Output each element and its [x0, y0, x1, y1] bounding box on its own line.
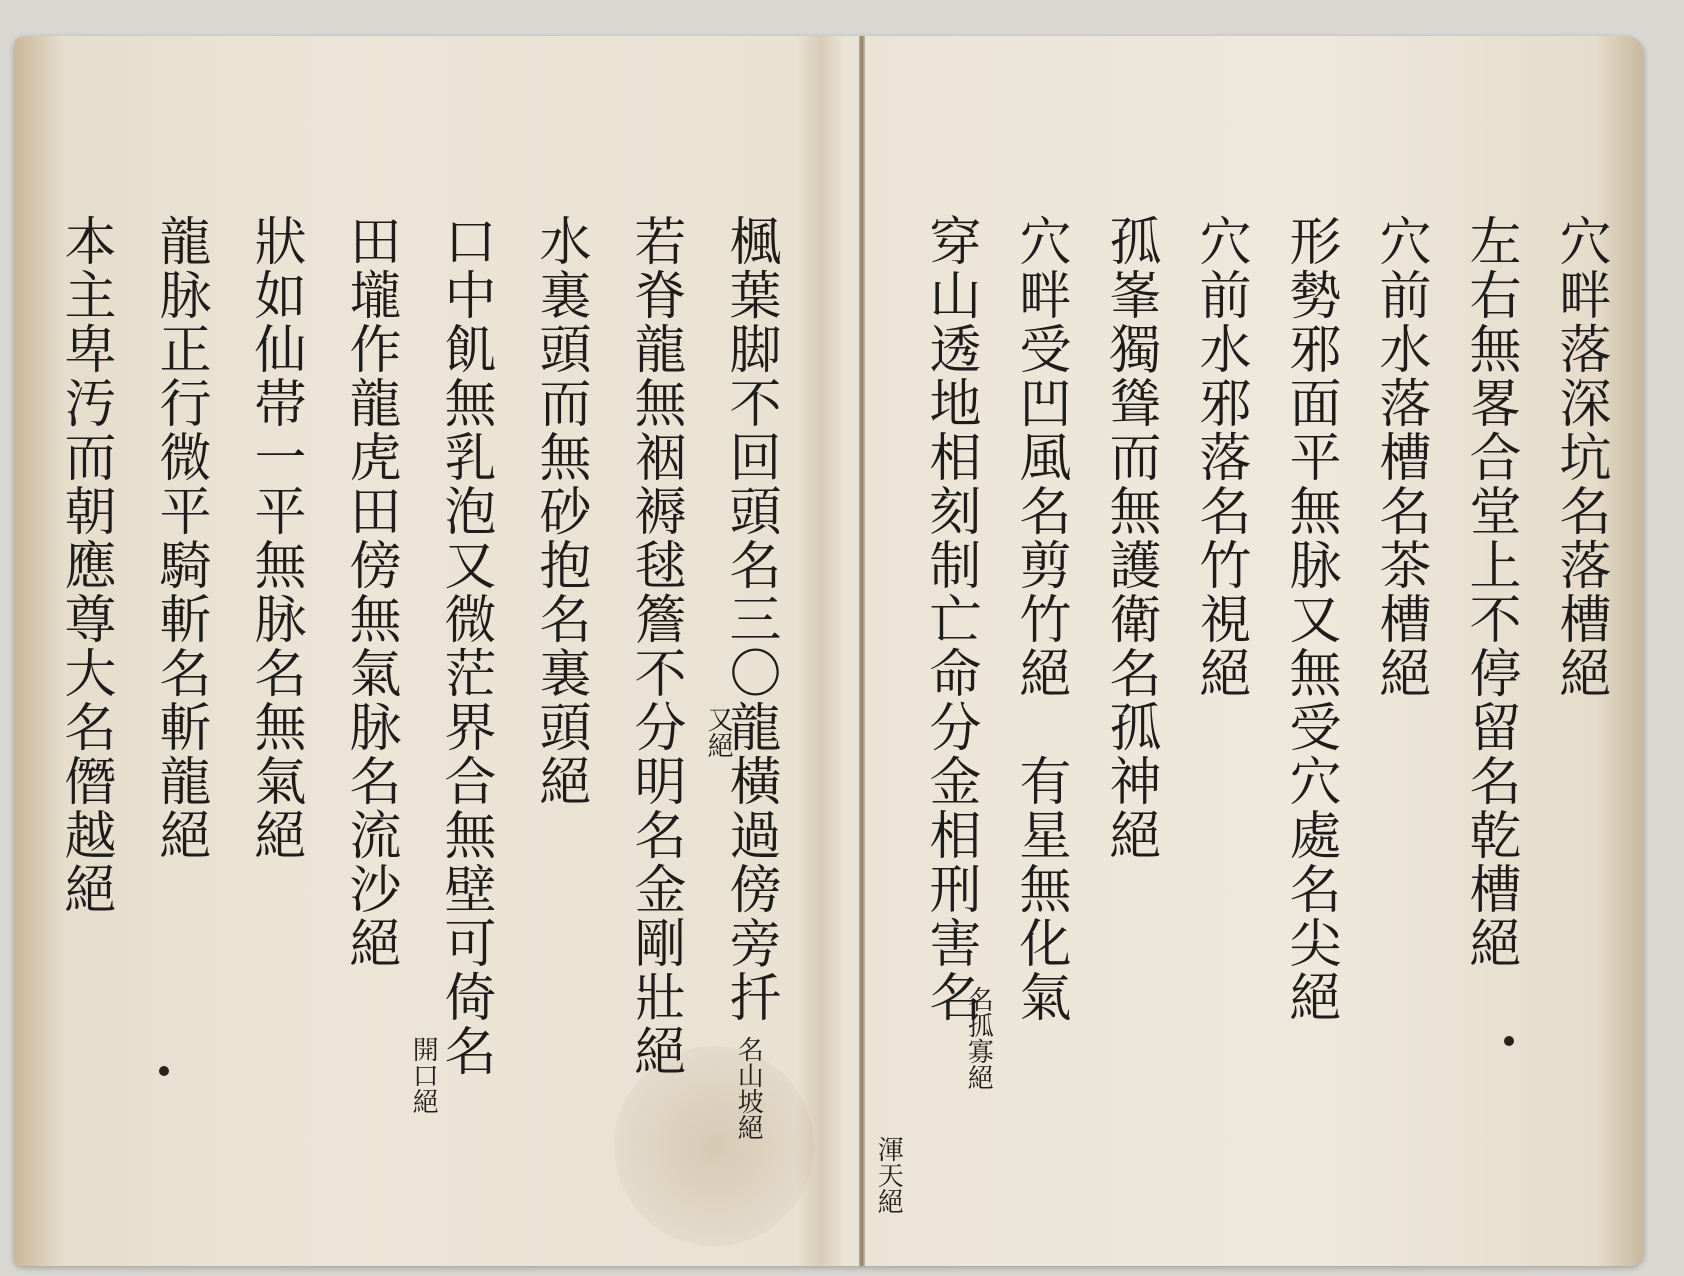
text-column: 左右無畧合堂上不停留名乾槽絕 [1464, 214, 1516, 970]
text-column: 穴畔落深坑名落槽絕 [1554, 214, 1606, 700]
right-page: 穴畔落深坑名落槽絕 左右無畧合堂上不停留名乾槽絕 穴前水落槽名茶槽絕 形勢邪面平… [864, 36, 1644, 1266]
text-column: 田壠作龍虎田傍無氣脉名流沙絕 [344, 214, 396, 970]
text-column: 若脊龍無裀褥毬簷不分明名金剛壯絕 [629, 214, 681, 1078]
text-column: 口中飢無乳泡又微茫界合無壁可倚名 [439, 214, 491, 1078]
text-column: 穿山透地相刻制亡命分金相刑害名 [924, 214, 976, 1024]
annotation: 渾天絕 [874, 1136, 901, 1214]
text-column: 形勢邪面平無脉又無受穴處名尖絕 [1284, 214, 1336, 1024]
annotation: 名山坡絕 [734, 1036, 761, 1140]
manuscript-book: 穴畔落深坑名落槽絕 左右無畧合堂上不停留名乾槽絕 穴前水落槽名茶槽絕 形勢邪面平… [14, 36, 1644, 1266]
annotation: 又絕 [704, 706, 731, 758]
text-column: 本主卑汚而朝應尊大名僭越絕 [59, 214, 111, 916]
text-column: 穴前水邪落名竹視絕 [1194, 214, 1246, 700]
binding-hole [1504, 1036, 1514, 1046]
text-column: 穴前水落槽名茶槽絕 [1374, 214, 1426, 700]
text-column: 水裏頭而無砂抱名裏頭絕 [534, 214, 586, 808]
text-column: 穴畔受凹風名剪竹絕 有星無化氣 [1014, 214, 1066, 1024]
text-column: 龍脉正行微平騎斬名斬龍絕 [154, 214, 206, 862]
text-column: 狀如仙帯一平無脉名無氣絕 [249, 214, 301, 862]
left-page: 楓葉脚不回頭名三〇龍橫過傍旁扦 又絕 名山坡絕 若脊龍無裀褥毬簷不分明名金剛壯絕… [14, 36, 859, 1266]
annotation: 開口絕 [409, 1036, 436, 1114]
text-column: 楓葉脚不回頭名三〇龍橫過傍旁扦 [724, 214, 776, 1024]
binding-hole [159, 1066, 169, 1076]
text-column: 孤峯獨聳而無護衛名孤神絕 [1104, 214, 1156, 862]
